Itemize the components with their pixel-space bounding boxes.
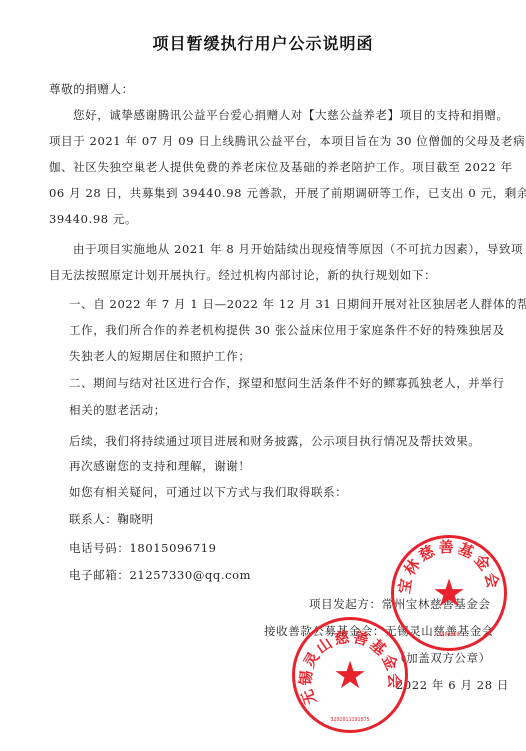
paragraph-2-line-1: 由于项目实施地从 2021 年 8 月开始陆续出现疫情等原因（不可抗力因素），导…: [73, 241, 523, 257]
plan-item-2-line-1: 二、期间与结对社区进行合作，探望和慰问生活条件不好的鳏寡孤独老人，并举行: [69, 375, 505, 391]
paragraph-1-line-2: 项目于 2021 年 07 月 09 日上线腾讯公益平台，本项目旨在为 30 位…: [49, 133, 526, 149]
stamp-note: （加盖双方公章）: [394, 650, 491, 666]
contact-email-label: 电子邮箱：: [69, 568, 130, 582]
contact-person-label: 联系人：: [69, 512, 117, 526]
followup-text: 后续，我们将持续通过项目进展和财务披露，公示项目执行情况及帮扶效果。: [69, 433, 480, 449]
contact-phone-label: 电话号码：: [69, 541, 130, 555]
paragraph-2-line-2: 目无法按照原定计划开展执行。经过机构内部讨论，新的执行规划如下：: [49, 267, 436, 283]
contact-email-value: 21257330@qq.com: [130, 568, 252, 582]
star-icon: ★: [428, 572, 470, 614]
salutation: 尊敬的捐赠人：: [49, 81, 134, 97]
contact-phone-value: 18015096719: [130, 541, 217, 555]
stamp-receiver: 无锡灵山慈善基金会 3202011191075 ★: [292, 617, 408, 733]
svg-text:3204060: 3204060: [438, 632, 459, 638]
stamp-initiator: 宝林慈善基金会 3204060 ★: [391, 535, 507, 651]
initiator-label: 项目发起方：: [309, 597, 382, 611]
contact-intro: 如您有相关疑问，可通过以下方式与我们取得联系：: [69, 484, 347, 500]
contact-email: 电子邮箱：21257330@qq.com: [69, 567, 251, 583]
paragraph-1-line-4: 06 月 28 日，共募集到 39440.98 元善款，开展了前期调研等工作，已…: [49, 185, 526, 201]
paragraph-1-line-3: 伽、社区失独空巢老人提供免费的养老床位及基础的养老陪护工作。项目截至 2022 …: [49, 159, 513, 175]
contact-person: 联系人：鞠晓明: [69, 511, 154, 527]
signature-date: 2022 年 6 月 28 日: [396, 677, 509, 693]
paragraph-1-line-1: 您好，诚挚感谢腾讯公益平台爱心捐赠人对【大慈公益养老】项目的支持和捐赠。: [73, 107, 509, 123]
contact-person-value: 鞠晓明: [117, 512, 153, 526]
plan-item-1-line-1: 一、自 2022 年 7 月 1 日—2022 年 12 月 31 日期间开展对…: [69, 296, 526, 312]
contact-phone: 电话号码：18015096719: [69, 540, 217, 556]
paragraph-1-line-5: 39440.98 元。: [49, 211, 137, 227]
plan-item-2-line-2: 相关的慰老活动；: [69, 402, 166, 418]
document-page: 项目暂缓执行用户公示说明函 尊敬的捐赠人： 您好，诚挚感谢腾讯公益平台爱心捐赠人…: [0, 0, 526, 751]
plan-item-1-line-2: 工作，我们所合作的养老机构提供 30 张公益床位用于家庭条件不好的特殊独居及: [69, 322, 505, 338]
star-icon: ★: [329, 654, 371, 696]
svg-text:3202011191075: 3202011191075: [330, 717, 369, 723]
thanks-text: 再次感谢您的支持和理解，谢谢！: [69, 458, 251, 474]
document-title: 项目暂缓执行用户公示说明函: [0, 31, 526, 54]
plan-item-1-line-3: 失独老人的短期居住和照护工作；: [69, 348, 251, 364]
